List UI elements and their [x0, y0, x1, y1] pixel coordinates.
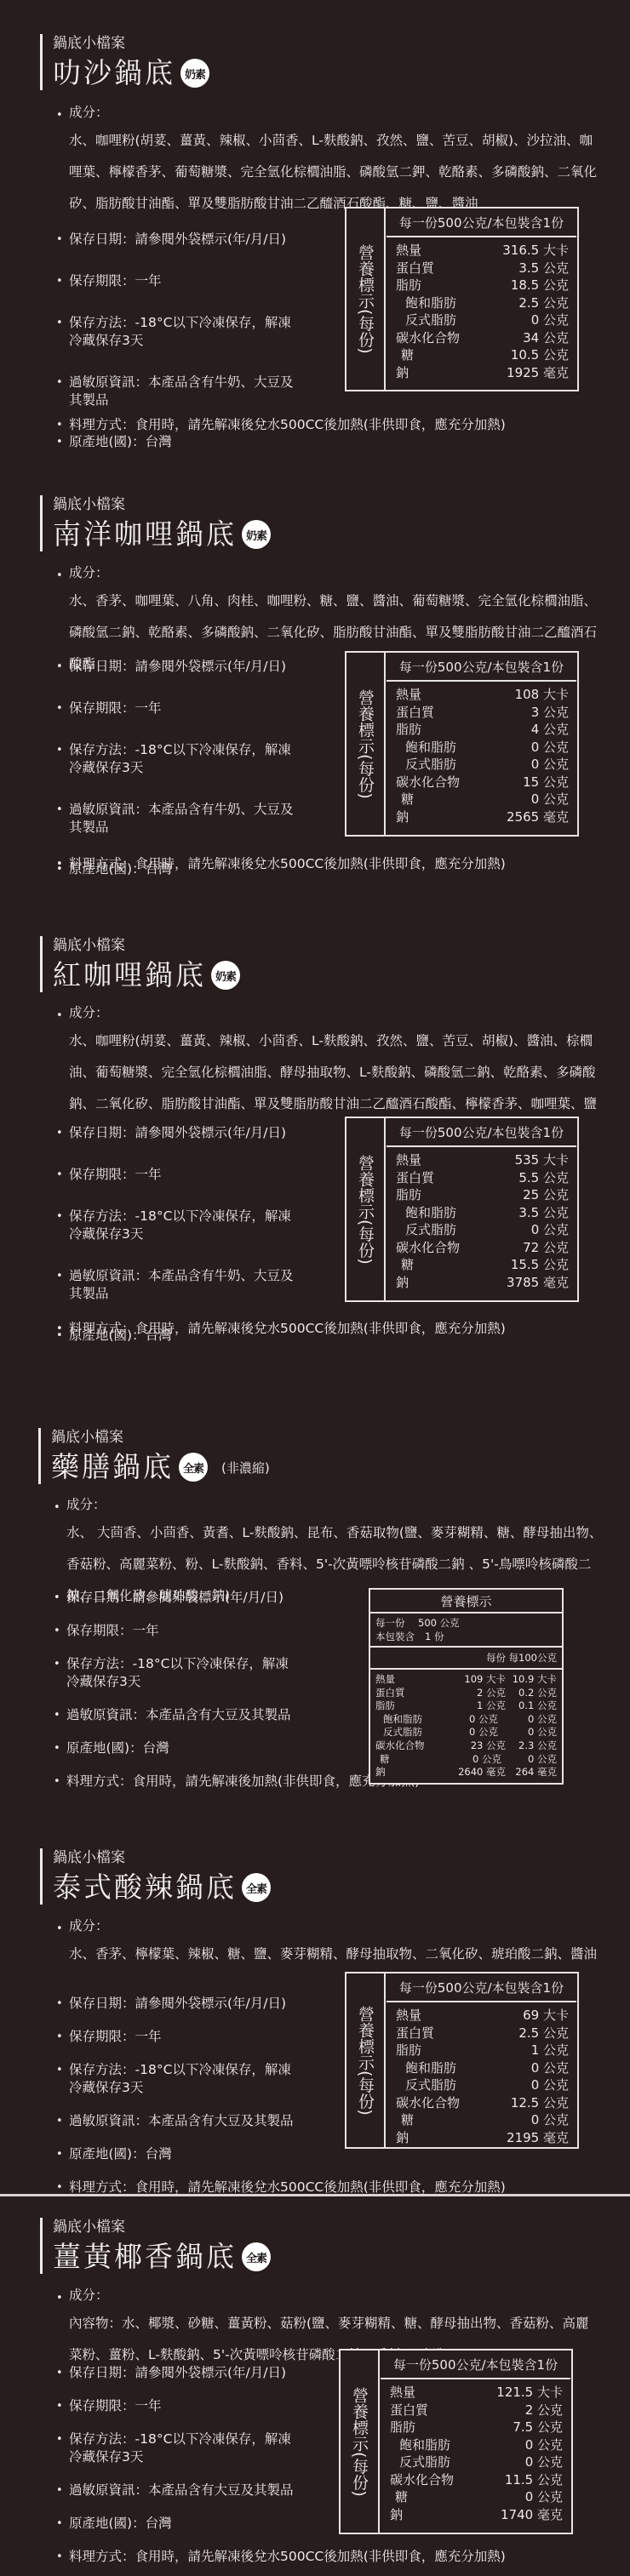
info-list: 成分： 水、咖哩粉(胡荽、薑黃、辣椒、小茴香、L-麩酸鈉、孜然、鹽、苦豆、胡椒)…	[56, 1000, 601, 1120]
kicker: 鍋底小檔案	[53, 936, 240, 955]
nutrition-row: 反式脂肪0 公克0 公克	[370, 1726, 562, 1739]
column-headers: 每份每100公克	[370, 1648, 562, 1670]
ingredients-text: 水、咖哩粉(胡荽、薑黃、辣椒、小茴香、L-麩酸鈉、孜然、鹽、苦豆、胡椒)、醬油、…	[69, 1025, 597, 1120]
nutrition-row: 蛋白質2.5 公克	[386, 2025, 577, 2042]
diet-badge: 奶素	[180, 59, 209, 88]
allergen-info: 過敏原資訊：本產品含有大豆及其製品	[56, 2482, 346, 2499]
nutrition-title: 營養標示	[370, 1590, 562, 1614]
origin: 原產地(國)：台灣	[56, 2516, 346, 2532]
nutrition-row: 飽和脂肪0 公克	[386, 2059, 577, 2077]
nutrition-row: 蛋白質2 公克	[380, 2402, 571, 2419]
product-header: 鍋底小檔案 薑黃椰香鍋底 全素	[40, 2218, 271, 2274]
shelf-life: 保存期限：一年	[56, 1167, 337, 1183]
cooking-list: 料理方式：食用時，請先解凍後兌水500CC後加熱(非供即食，應充分加熱)	[56, 1321, 618, 1337]
nutrition-row: 脂肪18.5 公克	[386, 277, 577, 294]
product-section-tom-yum: 鍋底小檔案 泰式酸辣鍋底 全素 成分： 水、香茅、檸檬葉、辣椒、糖、鹽、麥芽糊精…	[0, 1830, 630, 2194]
ingredients-item: 成分： 水、咖哩粉(胡荽、薑黃、辣椒、小茴香、L-麩酸鈉、孜然、鹽、苦豆、胡椒)…	[56, 100, 601, 220]
nutrition-row: 糖0 公克	[386, 2111, 577, 2129]
shelf-life: 保存期限：一年	[56, 700, 337, 717]
nutrition-row: 熱量535 大卡	[386, 1151, 577, 1169]
nutrition-row: 碳水化合物23 公克2.3 公克	[370, 1739, 562, 1753]
ingredients-label: 成分：	[69, 560, 601, 585]
nutrition-table-dual: 營養標示 每一份500 公克 本包裝含1 份 每份每100公克 熱量109 大卡…	[369, 1588, 564, 1785]
nutrition-row: 反式脂肪0 公克	[386, 2076, 577, 2094]
storage-method-cont: 冷藏保存3天	[56, 2449, 346, 2465]
storage-date: 保存日期：請參閱外袋標示(年/月/日)	[56, 231, 337, 248]
nutrition-row: 鈉2565 毫克	[386, 808, 577, 826]
allergen-info: 過敏原資訊：本產品含有牛奶、大豆及	[56, 802, 337, 818]
nutrition-rows: 熱量69 大卡 蛋白質2.5 公克 脂肪1 公克 飽和脂肪0 公克 反式脂肪0 …	[386, 2002, 577, 2146]
product-header: 鍋底小檔案 叻沙鍋底 奶素	[40, 34, 209, 90]
cooking-list: 料理方式：食用時，請先解凍後兌水500CC後加熱(非供即食，應充分加熱)	[56, 856, 618, 872]
nutrition-row: 脂肪4 公克	[386, 721, 577, 739]
nutrition-row: 熱量69 大卡	[386, 2007, 577, 2025]
ingredients-item: 成分： 水、香茅、檸檬葉、辣椒、糖、鹽、麥芽糊精、酵母抽取物、二氧化矽、琥珀酸二…	[56, 1913, 601, 1970]
nutrition-row: 反式脂肪0 公克	[386, 311, 577, 329]
serving-info: 每一份500 公克 本包裝含1 份	[370, 1614, 562, 1648]
nutrition-side-label: 營養標示(每份)	[346, 1118, 386, 1300]
serving-header: 每一份500公克/本包裝含1份	[381, 2350, 570, 2379]
nutrition-row: 反式脂肪0 公克	[386, 1221, 577, 1239]
info-list: 成分： 水、香茅、檸檬葉、辣椒、糖、鹽、麥芽糊精、酵母抽取物、二氧化矽、琥珀酸二…	[56, 1913, 601, 1970]
nutrition-row: 鈉3785 毫克	[386, 1274, 577, 1292]
ingredients-label: 成分：	[69, 1000, 601, 1025]
info-list-left: 保存日期：請參閱外袋標示(年/月/日) 保存期限：一年 保存方法：-18°C以下…	[56, 659, 337, 877]
storage-method: 保存方法：-18°C以下冷凍保存，解凍	[54, 1656, 343, 1672]
nutrition-row: 飽和脂肪3.5 公克	[386, 1204, 577, 1222]
nutrition-row: 熱量316.5 大卡	[386, 242, 577, 260]
nutrition-row: 脂肪7.5 公克	[380, 2419, 571, 2436]
kicker: 鍋底小檔案	[53, 1848, 271, 1867]
nutrition-row: 碳水化合物34 公克	[386, 329, 577, 347]
cooking-method: 料理方式：食用時，請先解凍後兌水500CC後加熱(非供即食，應充分加熱)	[56, 856, 618, 872]
nutrition-row: 熱量121.5 大卡	[380, 2384, 571, 2402]
storage-method: 保存方法：-18°C以下冷凍保存，解凍	[56, 742, 337, 758]
nutrition-table: 營養標示(每份) 每一份500公克/本包裝含1份 熱量535 大卡 蛋白質5.5…	[345, 1117, 579, 1302]
allergen-info: 過敏原資訊：本產品含有大豆及其製品	[54, 1707, 343, 1723]
ingredients-label: 成分：	[69, 100, 601, 125]
info-list-left: 保存日期：請參閱外袋標示(年/月/日) 保存期限：一年 保存方法：-18°C以下…	[56, 1996, 346, 2196]
nutrition-row: 熱量109 大卡10.9 大卡	[370, 1673, 562, 1687]
nutrition-table: 營養標示(每份) 每一份500公克/本包裝含1份 熱量316.5 大卡 蛋白質3…	[345, 207, 579, 391]
product-title: 泰式酸辣鍋底	[53, 1871, 237, 1905]
storage-date: 保存日期：請參閱外袋標示(年/月/日)	[56, 659, 337, 675]
nutrition-row: 反式脂肪0 公克	[386, 756, 577, 774]
nutrition-rows: 熱量121.5 大卡 蛋白質2 公克 脂肪7.5 公克 飽和脂肪0 公克 反式脂…	[380, 2379, 571, 2523]
info-list-left: 保存日期：請參閱外袋標示(年/月/日) 保存期限：一年 保存方法：-18°C以下…	[56, 1125, 337, 1344]
nutrition-row: 鈉2640 毫克264 毫克	[370, 1766, 562, 1779]
storage-method: 保存方法：-18°C以下冷凍保存，解凍	[56, 315, 337, 331]
storage-method-cont: 冷藏保存3天	[56, 2080, 346, 2096]
diet-badge: 全素	[242, 1873, 271, 1902]
storage-method-cont: 冷藏保存3天	[54, 1674, 343, 1690]
product-header: 鍋底小檔案 紅咖哩鍋底 奶素	[40, 936, 240, 992]
origin: 原產地(國)：台灣	[56, 434, 337, 450]
nutrition-row: 脂肪1 公克0.1 公克	[370, 1699, 562, 1713]
nutrition-side-label: 營養標示(每份)	[341, 2350, 380, 2533]
storage-date: 保存日期：請參閱外袋標示(年/月/日)	[54, 1590, 343, 1606]
product-section-red-curry: 鍋底小檔案 紅咖哩鍋底 奶素 成分： 水、咖哩粉(胡荽、薑黃、辣椒、小茴香、L-…	[0, 928, 630, 1404]
allergen-info: 過敏原資訊：本產品含有牛奶、大豆及	[56, 374, 337, 391]
product-title: 南洋咖哩鍋底	[53, 517, 237, 551]
product-header: 鍋底小檔案 泰式酸辣鍋底 全素	[40, 1848, 271, 1905]
nutrition-rows: 熱量108 大卡 蛋白質3 公克 脂肪4 公克 飽和脂肪0 公克 反式脂肪0 公…	[386, 682, 577, 825]
kicker: 鍋底小檔案	[53, 495, 271, 514]
allergen-info: 過敏原資訊：本產品含有大豆及其製品	[56, 2113, 346, 2129]
nutrition-row: 鈉2195 毫克	[386, 2129, 577, 2147]
cooking-method: 料理方式：食用時，請先解凍後兌水500CC後加熱(非供即食，應充分加熱)	[56, 1321, 618, 1337]
allergen-info-cont: 其製品	[56, 820, 337, 836]
info-list-left: 保存日期：請參閱外袋標示(年/月/日) 保存期限：一年 保存方法：-18°C以下…	[54, 1590, 343, 1790]
nutrition-table: 營養標示(每份) 每一份500公克/本包裝含1份 熱量121.5 大卡 蛋白質2…	[339, 2349, 573, 2534]
product-section-nanyang-curry: 鍋底小檔案 南洋咖哩鍋底 奶素 成分： 水、香茅、咖哩葉、八角、肉桂、咖哩粉、糖…	[0, 477, 630, 928]
allergen-info: 過敏原資訊：本產品含有牛奶、大豆及	[56, 1268, 337, 1284]
info-list: 成分： 水、咖哩粉(胡荽、薑黃、辣椒、小茴香、L-麩酸鈉、孜然、鹽、苦豆、胡椒)…	[56, 100, 601, 220]
storage-method-cont: 冷藏保存3天	[56, 1226, 337, 1242]
nutrition-row: 蛋白質5.5 公克	[386, 1169, 577, 1187]
nutrition-row: 蛋白質3 公克	[386, 704, 577, 722]
nutrition-row: 反式脂肪0 公克	[380, 2453, 571, 2471]
storage-method-cont: 冷藏保存3天	[56, 333, 337, 349]
nutrition-row: 熱量108 大卡	[386, 686, 577, 704]
nutrition-row: 糖15.5 公克	[386, 1256, 577, 1274]
nutrition-side-label: 營養標示(每份)	[346, 208, 386, 390]
nutrition-row: 蛋白質3.5 公克	[386, 260, 577, 277]
product-section-laksa: 鍋底小檔案 叻沙鍋底 奶素 成分： 水、咖哩粉(胡荽、薑黃、辣椒、小茴香、L-麩…	[0, 0, 630, 477]
storage-method-cont: 冷藏保存3天	[56, 760, 337, 776]
nutrition-row: 脂肪1 公克	[386, 2042, 577, 2059]
nutrition-row: 飽和脂肪0 公克0 公克	[370, 1713, 562, 1727]
ingredients-text: 水、咖哩粉(胡荽、薑黃、辣椒、小茴香、L-麩酸鈉、孜然、鹽、苦豆、胡椒)、沙拉油…	[69, 125, 597, 220]
nutrition-row: 飽和脂肪0 公克	[380, 2436, 571, 2454]
serving-header: 每一份500公克/本包裝含1份	[387, 208, 576, 237]
nutrition-row: 蛋白質2 公克0.2 公克	[370, 1687, 562, 1700]
nutrition-rows: 熱量109 大卡10.9 大卡 蛋白質2 公克0.2 公克 脂肪1 公克0.1 …	[370, 1670, 562, 1783]
product-section-turmeric-coconut: 鍋底小檔案 薑黃椰香鍋底 全素 成分： 內容物：水、椰漿、砂糖、薑黃粉、菇粉(鹽…	[0, 2196, 630, 2576]
nutrition-table: 營養標示(每份) 每一份500公克/本包裝含1份 熱量108 大卡 蛋白質3 公…	[345, 651, 579, 837]
nutrition-row: 糖0 公克0 公克	[370, 1753, 562, 1767]
storage-method: 保存方法：-18°C以下冷凍保存，解凍	[56, 2431, 346, 2447]
nutrition-row: 碳水化合物72 公克	[386, 1239, 577, 1257]
nutrition-row: 飽和脂肪2.5 公克	[386, 294, 577, 312]
nutrition-row: 鈉1740 毫克	[380, 2506, 571, 2524]
cooking-method: 料理方式：食用時，請先解凍後兌水500CC後加熱(非供即食，應充分加熱)	[56, 417, 618, 433]
nutrition-row: 碳水化合物11.5 公克	[380, 2471, 571, 2489]
ingredients-label: 成分：	[69, 2282, 601, 2308]
product-title: 藥膳鍋底	[51, 1450, 174, 1484]
storage-method: 保存方法：-18°C以下冷凍保存，解凍	[56, 2062, 346, 2078]
diet-badge: 全素	[242, 2242, 271, 2271]
product-section-herbal: 鍋底小檔案 藥膳鍋底 全素 (非濃縮) 成分： 水、 大茴香、小茴香、黃耆、L-…	[0, 1404, 630, 1830]
nutrition-row: 脂肪25 公克	[386, 1186, 577, 1204]
allergen-info-cont: 其製品	[56, 1286, 337, 1302]
product-header: 鍋底小檔案 藥膳鍋底 全素 (非濃縮)	[38, 1428, 270, 1484]
allergen-info-cont: 其製品	[56, 392, 337, 408]
origin: 原產地(國)：台灣	[54, 1740, 343, 1756]
nutrition-row: 碳水化合物15 公克	[386, 774, 577, 791]
nutrition-row: 鈉1925 毫克	[386, 364, 577, 382]
serving-header: 每一份500公克/本包裝含1份	[387, 653, 576, 682]
diet-badge: 全素	[179, 1453, 208, 1482]
kicker: 鍋底小檔案	[53, 34, 209, 53]
ingredients-item: 成分： 水、咖哩粉(胡荽、薑黃、辣椒、小茴香、L-麩酸鈉、孜然、鹽、苦豆、胡椒)…	[56, 1000, 601, 1120]
nutrition-row: 飽和脂肪0 公克	[386, 739, 577, 757]
cooking-list: 料理方式：食用時，請先解凍後兌水500CC後加熱(非供即食，應充分加熱)	[56, 417, 618, 433]
nutrition-row: 碳水化合物12.5 公克	[386, 2094, 577, 2112]
diet-badge: 奶素	[211, 961, 240, 990]
nutrition-row: 糖10.5 公克	[386, 346, 577, 364]
kicker: 鍋底小檔案	[51, 1428, 270, 1447]
shelf-life: 保存期限：一年	[56, 2029, 346, 2045]
shelf-life: 保存期限：一年	[54, 1623, 343, 1639]
diet-badge: 奶素	[242, 520, 271, 549]
product-header: 鍋底小檔案 南洋咖哩鍋底 奶素	[40, 495, 271, 551]
shelf-life: 保存期限：一年	[56, 273, 337, 289]
info-list-left: 保存日期：請參閱外袋標示(年/月/日) 保存期限：一年 保存方法：-18°C以下…	[56, 2365, 346, 2565]
origin: 原產地(國)：台灣	[56, 2146, 346, 2162]
nutrition-side-label: 營養標示(每份)	[346, 1973, 386, 2147]
serving-header: 每一份500公克/本包裝含1份	[387, 1973, 576, 2002]
kicker: 鍋底小檔案	[53, 2218, 271, 2236]
ingredients-label: 成分：	[66, 1492, 607, 1517]
product-title: 紅咖哩鍋底	[53, 958, 206, 992]
nutrition-rows: 熱量316.5 大卡 蛋白質3.5 公克 脂肪18.5 公克 飽和脂肪2.5 公…	[386, 237, 577, 381]
nutrition-row: 糖0 公克	[380, 2488, 571, 2506]
nutrition-side-label: 營養標示(每份)	[346, 653, 386, 835]
product-title: 叻沙鍋底	[53, 56, 175, 90]
nutrition-table: 營養標示(每份) 每一份500公克/本包裝含1份 熱量69 大卡 蛋白質2.5 …	[345, 1972, 579, 2149]
serving-header: 每一份500公克/本包裝含1份	[387, 1118, 576, 1147]
ingredients-label: 成分：	[69, 1913, 601, 1939]
cooking-method: 料理方式：食用時，請先解凍後兌水500CC後加熱(非供即食，應充分加熱)	[56, 2549, 618, 2565]
nutrition-rows: 熱量535 大卡 蛋白質5.5 公克 脂肪25 公克 飽和脂肪3.5 公克 反式…	[386, 1147, 577, 1291]
product-title: 薑黃椰香鍋底	[53, 2240, 237, 2274]
storage-method: 保存方法：-18°C以下冷凍保存，解凍	[56, 1208, 337, 1225]
non-concentrated-note: (非濃縮)	[221, 1459, 270, 1476]
ingredients-text: 水、香茅、檸檬葉、辣椒、糖、鹽、麥芽糊精、酵母抽取物、二氧化矽、琥珀酸二鈉、醬油	[69, 1939, 597, 1970]
storage-date: 保存日期：請參閱外袋標示(年/月/日)	[56, 1996, 346, 2012]
nutrition-row: 糖0 公克	[386, 791, 577, 808]
shelf-life: 保存期限：一年	[56, 2398, 346, 2414]
storage-date: 保存日期：請參閱外袋標示(年/月/日)	[56, 1125, 337, 1141]
storage-date: 保存日期：請參閱外袋標示(年/月/日)	[56, 2365, 346, 2381]
